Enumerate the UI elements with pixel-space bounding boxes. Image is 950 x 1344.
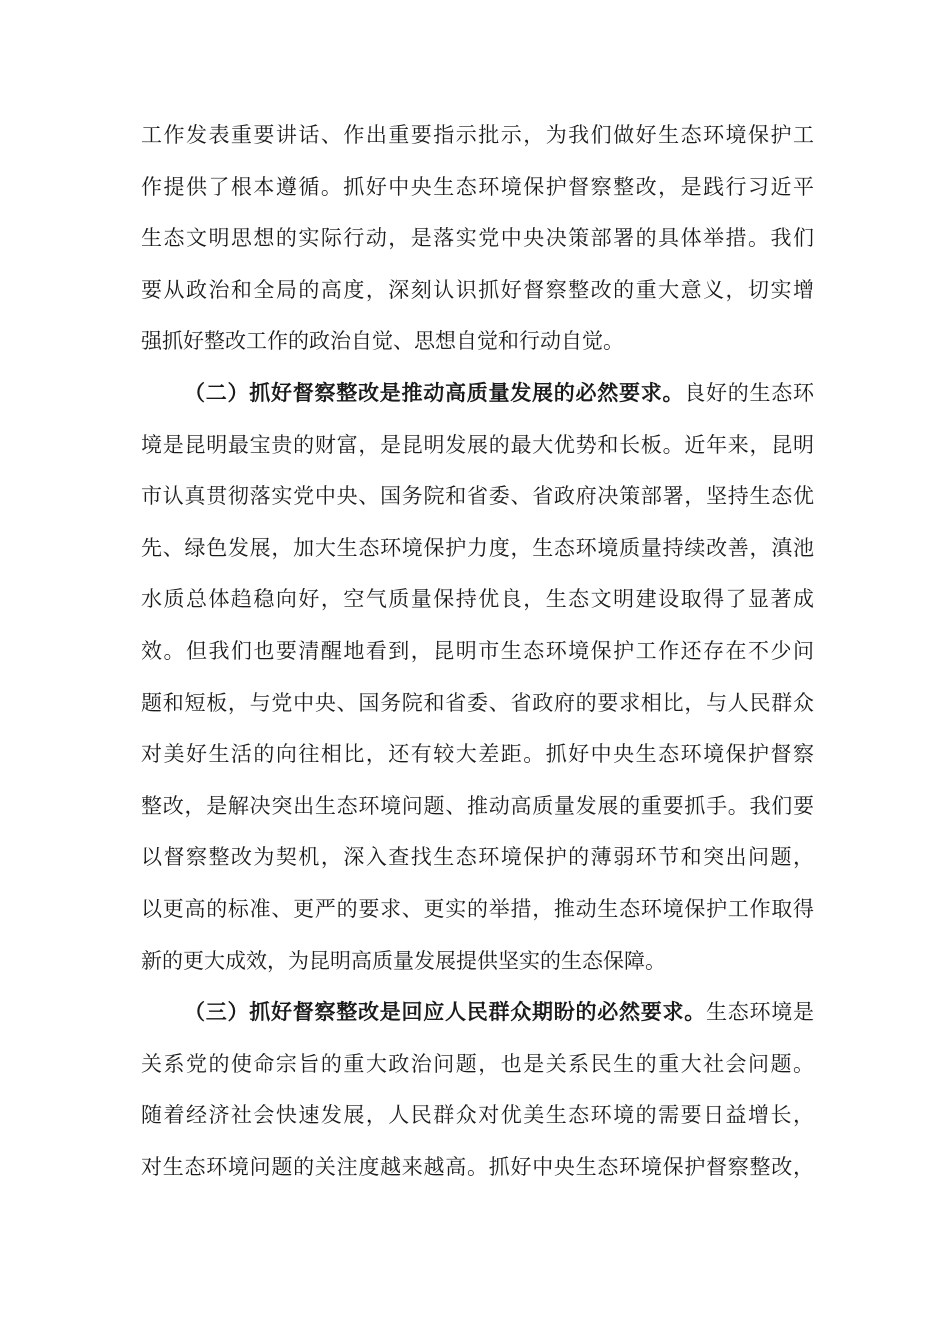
paragraph-text: 作提供了根本遵循。抓好中央生态环境保护督察整改，是践行习近平 — [141, 175, 814, 199]
text-line: 先、绿色发展，加大生态环境保护力度，生态环境质量持续改善，滇池 — [141, 523, 814, 575]
text-line: 关系党的使命宗旨的重大政治问题，也是关系民生的重大社会问题。 — [141, 1039, 814, 1091]
document-page: 工作发表重要讲话、作出重要指示批示，为我们做好生态环境保护工作提供了根本遵循。抓… — [0, 0, 950, 1344]
text-line: 要从政治和全局的高度，深刻认识抓好督察整改的重大意义，切实增 — [141, 265, 814, 317]
text-line: 以更高的标准、更严的要求、更实的举措，推动生态环境保护工作取得 — [141, 884, 814, 936]
paragraph-text: 对生态环境问题的关注度越来越高。抓好中央生态环境保护督察整改， — [141, 1155, 814, 1179]
paragraph-text: 整改，是解决突出生态环境问题、推动高质量发展的重要抓手。我们要 — [141, 794, 814, 818]
text-line: 对生态环境问题的关注度越来越高。抓好中央生态环境保护督察整改， — [141, 1142, 814, 1194]
text-line: 随着经济社会快速发展，人民群众对优美生态环境的需要日益增长， — [141, 1090, 814, 1142]
paragraph-text: 对美好生活的向往相比，还有较大差距。抓好中央生态环境保护督察 — [141, 742, 814, 766]
paragraph-text: 要从政治和全局的高度，深刻认识抓好督察整改的重大意义，切实增 — [141, 278, 814, 302]
paragraph-heading-text: （三）抓好督察整改是回应人民群众期盼的必然要求。 — [184, 1000, 706, 1024]
paragraph-text: 水质总体趋稳向好，空气质量保持优良，生态文明建设取得了显著成 — [141, 587, 814, 611]
text-line: 水质总体趋稳向好，空气质量保持优良，生态文明建设取得了显著成 — [141, 574, 814, 626]
paragraph-text: 随着经济社会快速发展，人民群众对优美生态环境的需要日益增长， — [141, 1103, 814, 1127]
text-line: （二）抓好督察整改是推动高质量发展的必然要求。良好的生态环 — [141, 368, 814, 420]
paragraph-text: 效。但我们也要清醒地看到，昆明市生态环境保护工作还存在不少问 — [141, 639, 814, 663]
paragraph-text: 以更高的标准、更严的要求、更实的举措，推动生态环境保护工作取得 — [141, 897, 814, 921]
paragraph-text: 生态环境是 — [706, 1000, 814, 1024]
text-line: 生态文明思想的实际行动，是落实党中央决策部署的具体举措。我们 — [141, 213, 814, 265]
paragraph-text: 题和短板，与党中央、国务院和省委、省政府的要求相比，与人民群众 — [141, 691, 814, 715]
text-line: 强抓好整改工作的政治自觉、思想自觉和行动自觉。 — [141, 316, 814, 368]
paragraph-text: 关系党的使命宗旨的重大政治问题，也是关系民生的重大社会问题。 — [141, 1052, 814, 1076]
text-line: 对美好生活的向往相比，还有较大差距。抓好中央生态环境保护督察 — [141, 729, 814, 781]
text-line: 效。但我们也要清醒地看到，昆明市生态环境保护工作还存在不少问 — [141, 626, 814, 678]
paragraph-text: 市认真贯彻落实党中央、国务院和省委、省政府决策部署，坚持生态优 — [141, 484, 814, 508]
text-line: 市认真贯彻落实党中央、国务院和省委、省政府决策部署，坚持生态优 — [141, 471, 814, 523]
paragraph-text: 强抓好整改工作的政治自觉、思想自觉和行动自觉。 — [141, 329, 624, 353]
paragraph-text: 以督察整改为契机，深入查找生态环境保护的薄弱环节和突出问题， — [141, 845, 814, 869]
document-body: 工作发表重要讲话、作出重要指示批示，为我们做好生态环境保护工作提供了根本遵循。抓… — [141, 110, 814, 1193]
paragraph-text: 工作发表重要讲话、作出重要指示批示，为我们做好生态环境保护工 — [141, 123, 814, 147]
paragraph-text: 境是昆明最宝贵的财富，是昆明发展的最大优势和长板。近年来，昆明 — [141, 433, 814, 457]
text-line: 整改，是解决突出生态环境问题、推动高质量发展的重要抓手。我们要 — [141, 781, 814, 833]
text-line: 作提供了根本遵循。抓好中央生态环境保护督察整改，是践行习近平 — [141, 162, 814, 214]
text-line: 新的更大成效，为昆明高质量发展提供坚实的生态保障。 — [141, 936, 814, 988]
paragraph-heading-text: （二）抓好督察整改是推动高质量发展的必然要求。 — [184, 381, 684, 405]
paragraph-text: 先、绿色发展，加大生态环境保护力度，生态环境质量持续改善，滇池 — [141, 536, 814, 560]
paragraph-text: 生态文明思想的实际行动，是落实党中央决策部署的具体举措。我们 — [141, 226, 814, 250]
text-line: 题和短板，与党中央、国务院和省委、省政府的要求相比，与人民群众 — [141, 678, 814, 730]
text-line: 以督察整改为契机，深入查找生态环境保护的薄弱环节和突出问题， — [141, 832, 814, 884]
text-line: 工作发表重要讲话、作出重要指示批示，为我们做好生态环境保护工 — [141, 110, 814, 162]
text-line: 境是昆明最宝贵的财富，是昆明发展的最大优势和长板。近年来，昆明 — [141, 420, 814, 472]
paragraph-text: 良好的生态环 — [684, 381, 814, 405]
text-line: （三）抓好督察整改是回应人民群众期盼的必然要求。生态环境是 — [141, 987, 814, 1039]
paragraph-text: 新的更大成效，为昆明高质量发展提供坚实的生态保障。 — [141, 949, 666, 973]
